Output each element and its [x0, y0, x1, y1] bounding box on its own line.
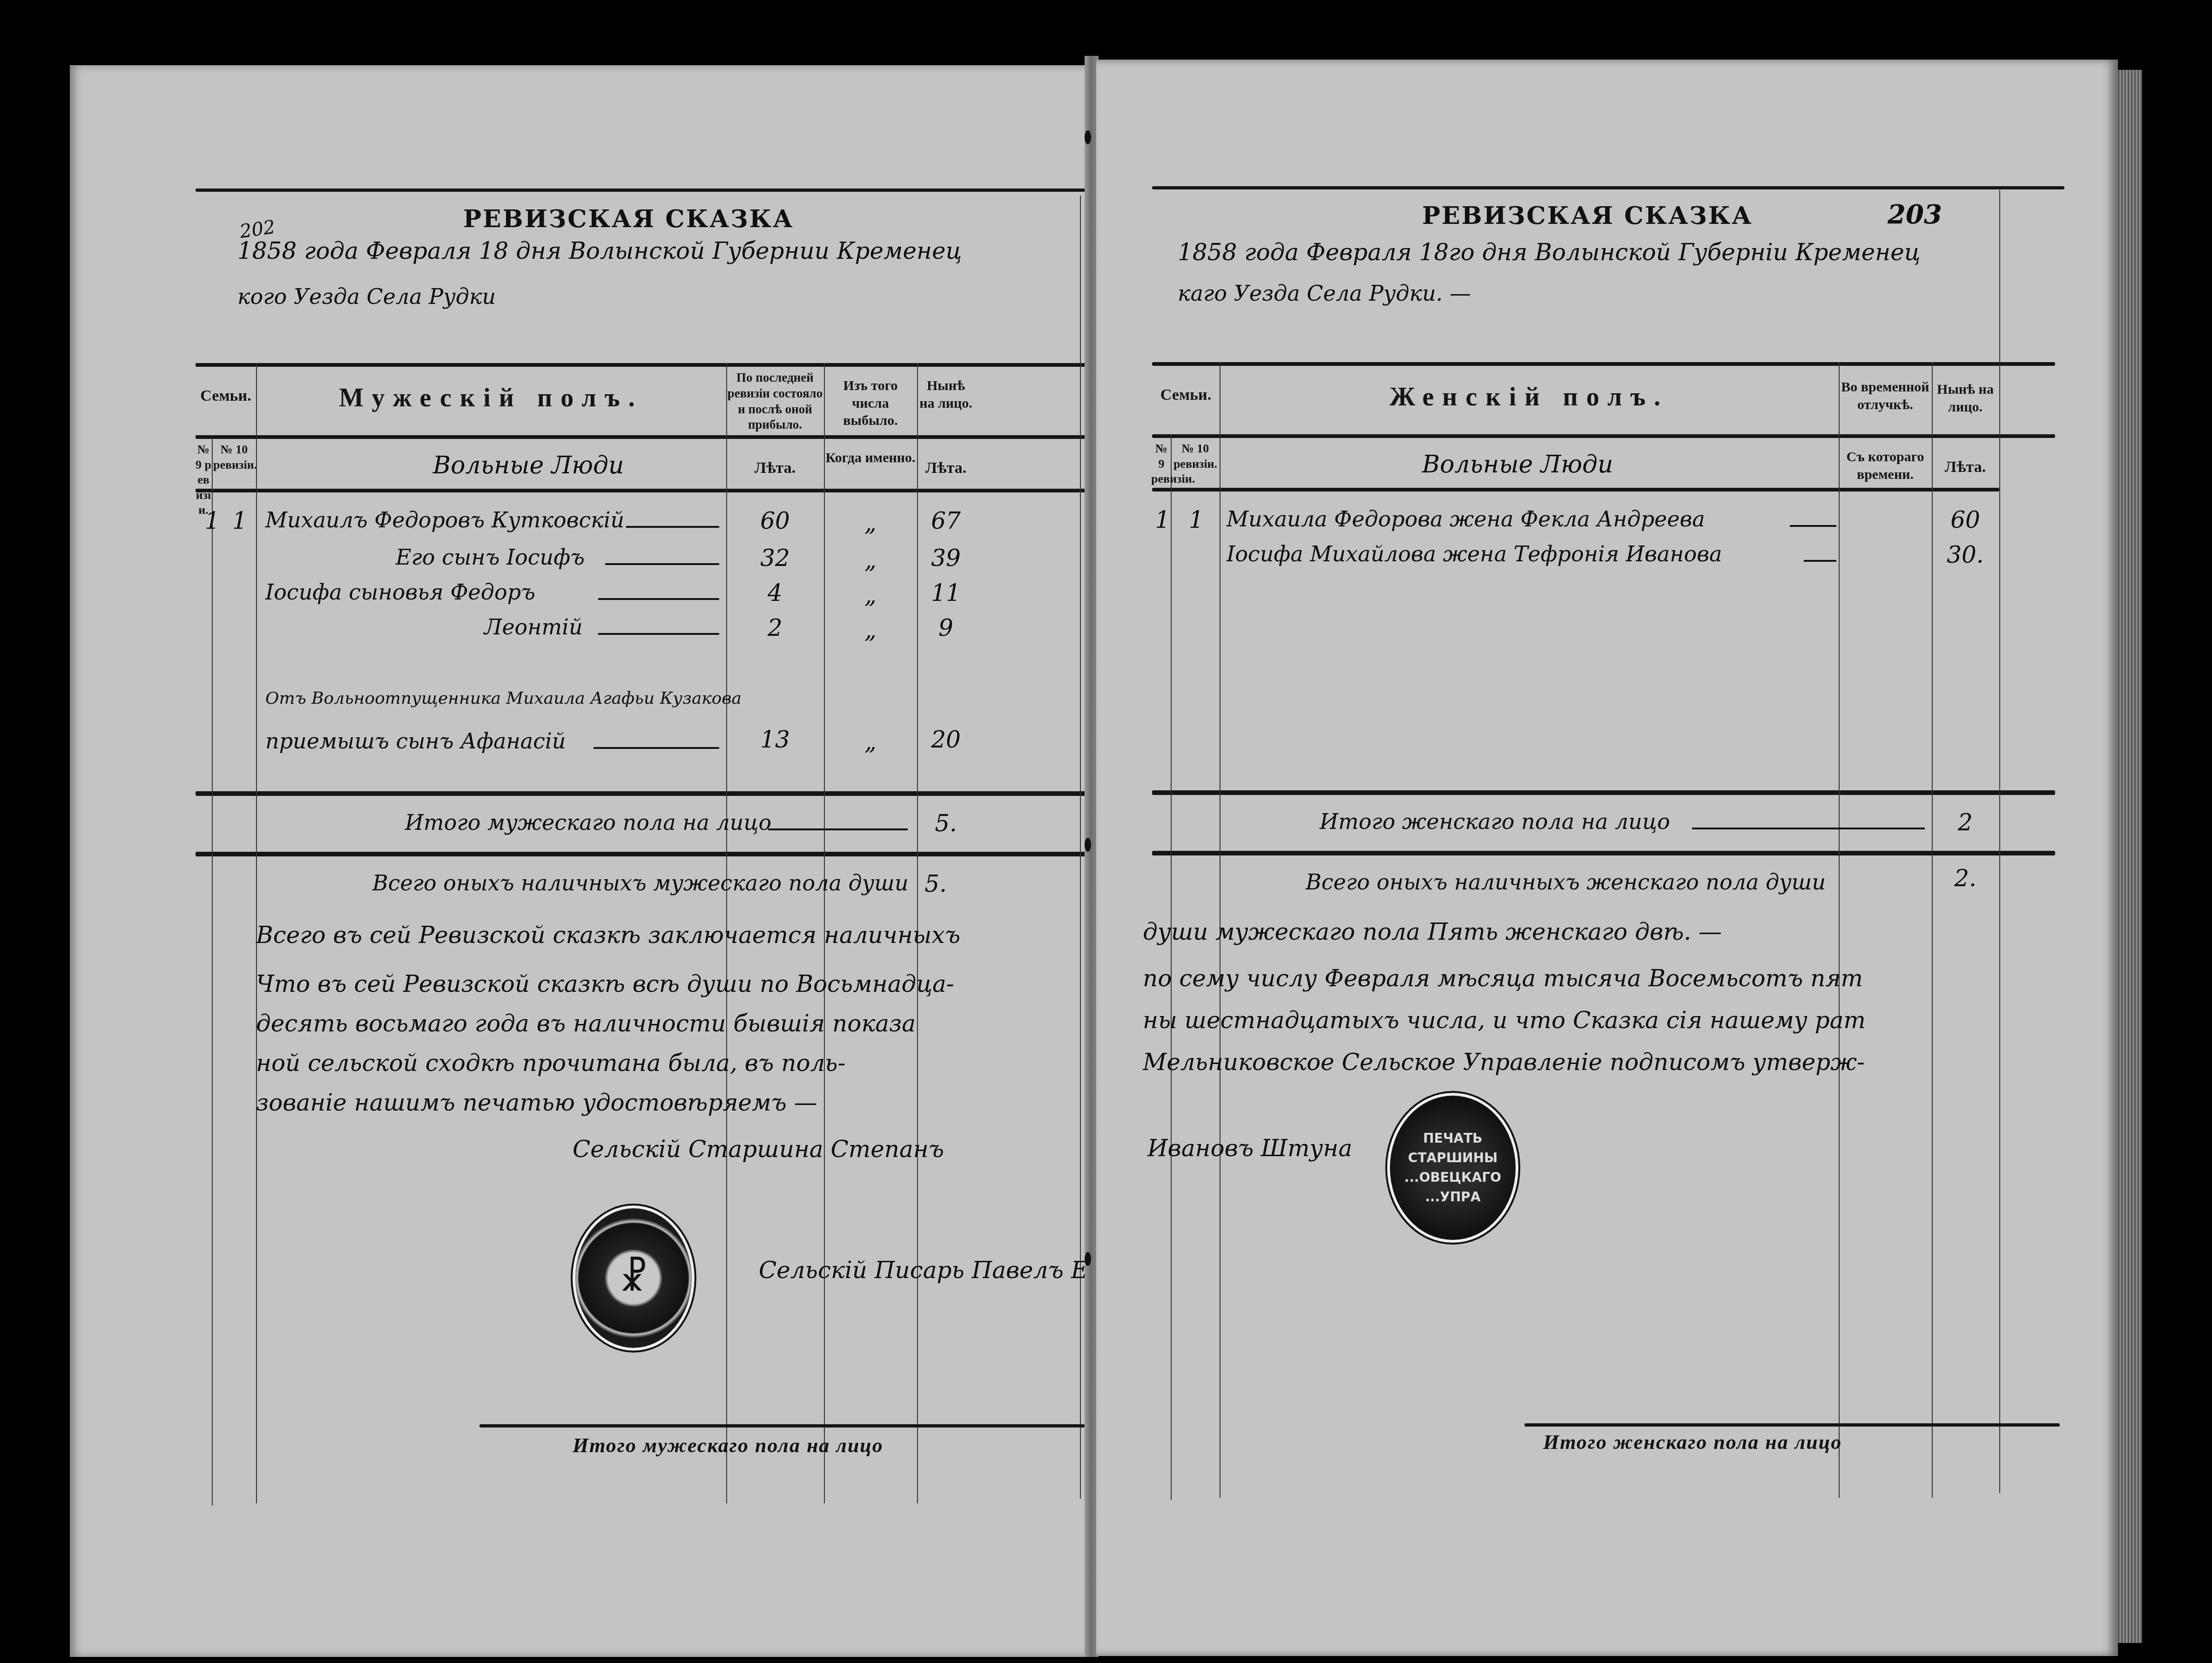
header-since: Съ котораго времени. — [1840, 448, 1931, 483]
attestation-line: десять восьмаго года въ наличности бывші… — [256, 1010, 916, 1037]
double-headed-eagle-icon: ☧ — [575, 1250, 692, 1306]
fill-dash — [1804, 560, 1836, 562]
seal-text: СТАРШИНЫ — [1390, 1148, 1516, 1168]
header-years: Лѣта. — [1933, 458, 1998, 478]
total-label: Всего оныхъ наличныхъ женскаго пола души — [1306, 869, 1826, 895]
header-category: Вольные Люди — [433, 451, 624, 479]
header-category: Вольные Люди — [1422, 451, 1613, 478]
total-value: 5. — [908, 870, 964, 897]
attestation-line: по сему числу Февраля мѣсяца тысяча Восе… — [1143, 965, 1863, 992]
binding-thread — [1085, 838, 1091, 852]
header-families: Семьи. — [196, 386, 256, 406]
age-last-revision: 13 — [727, 726, 823, 753]
seal-text: ...ОВЕЦКАГО — [1390, 1168, 1516, 1187]
age-last-revision: 32 — [727, 545, 823, 572]
total-value: 2. — [1933, 865, 1998, 892]
header-bottom-rule — [1152, 488, 1999, 491]
attestation-line: Что въ сей Ревизской сказкѣ всѣ души по … — [256, 970, 954, 997]
header-line-1: 1858 года Февраля 18го дня Волынской Губ… — [1178, 239, 1921, 266]
col-divider — [1839, 362, 1840, 1498]
header-years-now: Лѣта. — [918, 458, 974, 478]
age-now: 30. — [1933, 541, 1998, 568]
fill-dash — [593, 747, 719, 749]
fill-dash — [1790, 525, 1836, 527]
attestation-line: ной сельской сходкѣ прочитана была, въ п… — [256, 1050, 845, 1077]
left-page: 202 РЕВИЗСКАЯ СКАЗКА 1858 года Февраля 1… — [70, 65, 1087, 1657]
age-now: 9 — [918, 614, 974, 641]
person-name-line1: Отъ Вольноотпущенника Михаила Агафьи Куз… — [265, 689, 742, 708]
fill-dash — [1692, 828, 1925, 829]
age-now: 67 — [918, 507, 974, 534]
departed-mark: „ — [825, 617, 916, 644]
age-now: 39 — [918, 545, 974, 572]
fill-dash — [598, 633, 719, 635]
header-departed: Изъ того числа выбыло. — [825, 377, 916, 430]
subtotal-top-rule — [196, 791, 1103, 796]
header-rev10: № 10 ревизіи. — [213, 442, 255, 472]
attestation-line: Всего въ сей Ревизской сказкѣ заключаетс… — [256, 922, 960, 949]
age-last-revision: 2 — [727, 614, 823, 641]
total-label: Всего оныхъ наличныхъ мужескаго пола душ… — [372, 870, 909, 895]
header-rev9: № 9 ревизіи. — [195, 442, 212, 518]
subtotal-label: Итого женскаго пола на лицо — [1320, 809, 1670, 834]
page-number: 203 — [1888, 199, 1942, 230]
top-rule — [1152, 186, 2064, 189]
age-now: 11 — [918, 579, 974, 606]
fill-dash — [626, 526, 719, 528]
attestation-line: души мужескаго пола Пять женскаго двѣ. — — [1143, 918, 1722, 945]
binding-thread — [1085, 130, 1091, 144]
person-name: Леонтій — [484, 614, 583, 640]
header-when: Когда именно. — [825, 449, 916, 467]
table-top-rule — [1152, 362, 2055, 366]
header-present: Нынѣ на лицо. — [918, 377, 974, 412]
eagle-seal-stamp: ☧ — [573, 1205, 695, 1351]
header-divider — [1152, 434, 2055, 438]
header-families: Семьи. — [1152, 385, 1220, 405]
signature-elder: Сельскій Старшина Степанъ — [573, 1136, 944, 1163]
attestation-line: зованіе нашимъ печатью удостовѣряемъ — — [256, 1089, 817, 1116]
age-last-revision: 4 — [727, 579, 823, 606]
subtotal-value: 2 — [1933, 809, 1998, 836]
header-temp-absent: Во временной отлучкѣ. — [1840, 378, 1931, 413]
header-line-2: каго Уезда Села Рудки. — — [1178, 281, 1471, 306]
header-line-1: 1858 года Февраля 18 дня Волынской Губер… — [237, 237, 962, 264]
header-last-revision: По последней ревизіи состояло и послѣ он… — [727, 370, 823, 433]
header-line-2: кого Уезда Села Рудки — [237, 284, 496, 309]
rev10-number: 1 — [226, 507, 254, 534]
departed-mark: „ — [825, 728, 916, 755]
person-name: Іосифа Михайлова жена Тефронія Иванова — [1227, 541, 1722, 566]
signature-elder-continued: Ивановъ Штуна — [1147, 1135, 1352, 1162]
col-divider — [1080, 195, 1081, 1499]
person-name: Михаилъ Федоровъ Кутковскій — [265, 507, 624, 532]
age-last-revision: 60 — [727, 507, 823, 534]
seal-text: ...УПРА — [1390, 1187, 1516, 1207]
age-now: 60 — [1933, 506, 1998, 533]
footer-rule — [1524, 1423, 2060, 1427]
header-rev10: № 10 ревизіи. — [1172, 441, 1219, 471]
table-top-rule — [196, 363, 1103, 367]
departed-mark: „ — [825, 547, 916, 574]
top-rule — [196, 189, 1113, 192]
age-now: 20 — [918, 726, 974, 753]
subtotal-value: 5. — [918, 810, 974, 837]
col-divider — [1999, 190, 2000, 1493]
subtotal-bottom-rule — [1152, 851, 2055, 855]
footer-rule — [479, 1424, 1085, 1427]
page-title: РЕВИЗСКАЯ СКАЗКА — [463, 205, 794, 233]
header-present: Нынѣ на лицо. — [1933, 381, 1998, 416]
departed-mark: „ — [825, 582, 916, 609]
header-sex: Женскій полъ. — [1220, 381, 1839, 413]
col-divider — [212, 435, 213, 1506]
subtotal-bottom-rule — [196, 852, 1103, 856]
subtotal-top-rule — [1152, 790, 2055, 795]
right-page: РЕВИЗСКАЯ СКАЗКА 203 1858 года Февраля 1… — [1096, 60, 2118, 1656]
rev9-number: 1 — [1152, 506, 1173, 533]
header-sex: Мужескій полъ. — [256, 382, 726, 414]
binding-thread — [1085, 1252, 1091, 1266]
person-name: приемышъ сынъ Афанасій — [265, 728, 566, 754]
fill-dash — [598, 598, 719, 600]
header-bottom-rule — [196, 489, 1103, 492]
fill-dash — [605, 563, 719, 565]
rev10-number: 1 — [1173, 506, 1220, 533]
person-name: Михаила Федорова жена Фекла Андреева — [1227, 506, 1705, 532]
fill-dash — [768, 828, 908, 830]
header-years: Лѣта. — [727, 458, 823, 478]
header-divider — [196, 435, 1103, 439]
seal-text: ПЕЧАТЬ — [1390, 1129, 1516, 1148]
person-name: Іосифа сыновья Федоръ — [265, 579, 535, 605]
departed-mark: „ — [825, 510, 916, 537]
elder-seal-stamp: ПЕЧАТЬ СТАРШИНЫ ...ОВЕЦКАГО ...УПРА — [1387, 1093, 1518, 1243]
subtotal-label: Итого мужескаго пола на лицо — [405, 810, 771, 835]
footer-total-label: Итого женскаго пола на лицо — [1543, 1430, 1842, 1454]
page-title: РЕВИЗСКАЯ СКАЗКА — [1422, 202, 1753, 230]
header-rev9: № 9 ревизіи. — [1151, 441, 1172, 487]
person-name: Его сынъ Іосифъ — [396, 545, 585, 570]
attestation-line: Мельниковское Сельское Управленіе подпис… — [1143, 1049, 1865, 1076]
attestation-line: ны шестнадцатыхъ числа, и что Сказка сія… — [1143, 1007, 1866, 1034]
footer-total-label: Итого мужескаго пола на лицо — [573, 1434, 883, 1457]
